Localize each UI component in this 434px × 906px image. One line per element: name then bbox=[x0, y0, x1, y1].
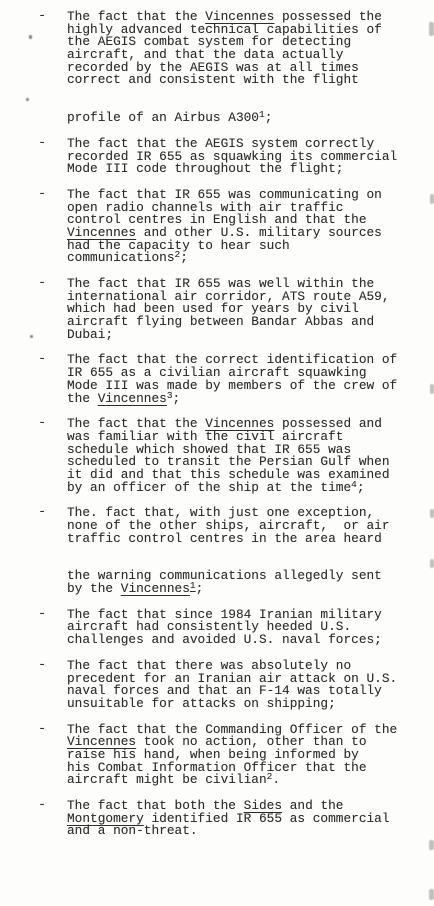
scan-artifact bbox=[430, 559, 434, 568]
scan-artifact bbox=[429, 840, 434, 850]
bullet-item: -The fact that the Vincennes possessed a… bbox=[38, 418, 434, 494]
text-line: Mode III code throughout the flight; bbox=[67, 163, 434, 176]
bullet-dash: - bbox=[38, 724, 67, 737]
bullet-item: -The fact that there was absolutely nopr… bbox=[38, 660, 434, 711]
bullet-dash: - bbox=[38, 507, 67, 520]
text-line: the Vincennes3; bbox=[67, 393, 434, 406]
bullet-text: The fact that there was absolutely nopre… bbox=[67, 660, 434, 711]
text-line: Dubai; bbox=[67, 329, 434, 342]
bullet-item: -The fact that the Vincennes possessed t… bbox=[38, 11, 434, 87]
scan-artifact bbox=[26, 98, 29, 101]
footnote-marker: 3 bbox=[167, 390, 173, 401]
bullet-text: The fact that the Vincennes possessed an… bbox=[67, 418, 434, 494]
document-body: -The fact that the Vincennes possessed t… bbox=[38, 11, 434, 838]
footnote-marker: 2 bbox=[267, 771, 273, 782]
bullet-dash: - bbox=[38, 354, 67, 367]
bullet-text: The fact that since 1984 Iranian militar… bbox=[67, 609, 434, 647]
bullet-item: -The fact that the correct identificatio… bbox=[38, 354, 434, 405]
bullet-text: profile of an Airbus A3001; bbox=[67, 112, 434, 125]
bullet-dash: - bbox=[38, 418, 67, 431]
scan-artifact bbox=[430, 509, 434, 518]
bullet-text: The fact that IR 655 was well within the… bbox=[67, 278, 434, 341]
bullet-dash: - bbox=[38, 800, 67, 813]
bullet-dash: - bbox=[38, 609, 67, 622]
bullet-item: -The fact that IR 655 was communicating … bbox=[38, 189, 434, 265]
bullet-dash: - bbox=[38, 278, 67, 291]
scan-artifact bbox=[30, 335, 33, 338]
scan-artifact bbox=[29, 35, 32, 39]
bullet-continuation: the warning communications allegedly sen… bbox=[38, 570, 434, 595]
bullet-item: -The fact that the Commanding Officer of… bbox=[38, 724, 434, 787]
scan-artifact bbox=[429, 889, 434, 900]
bullet-item: -The fact that the AEGIS system correctl… bbox=[38, 138, 434, 176]
bullet-text: The fact that IR 655 was communicating o… bbox=[67, 189, 434, 265]
bullet-item: -The fact that since 1984 Iranian milita… bbox=[38, 609, 434, 647]
scanned-document-page: -The fact that the Vincennes possessed t… bbox=[0, 0, 434, 906]
bullet-text: The fact that the AEGIS system correctly… bbox=[67, 138, 434, 176]
text-line: traffic control centres in the area hear… bbox=[67, 533, 434, 546]
footnote-marker: 1 bbox=[190, 580, 196, 591]
footnote-marker: 4 bbox=[351, 479, 357, 490]
text-line: aircraft flying between Bandar Abbas and bbox=[67, 316, 434, 329]
text-line: unsuitable for attacks on shipping; bbox=[67, 698, 434, 711]
bullet-item: -The. fact that, with just one exception… bbox=[38, 507, 434, 545]
bullet-continuation: profile of an Airbus A3001; bbox=[38, 112, 434, 125]
text-line: challenges and avoided U.S. naval forces… bbox=[67, 634, 434, 647]
text-line: by the Vincennes1; bbox=[67, 583, 434, 596]
bullet-text: The fact that both the Sides and theMont… bbox=[67, 800, 434, 838]
scan-artifact bbox=[430, 194, 434, 204]
scan-artifact bbox=[430, 384, 434, 394]
text-line: aircraft might be civilian2. bbox=[67, 774, 434, 787]
footnote-marker: 2 bbox=[175, 249, 181, 260]
text-line: by an officer of the ship at the time4; bbox=[67, 482, 434, 495]
bullet-dash: - bbox=[38, 660, 67, 673]
bullet-dash: - bbox=[38, 11, 67, 24]
text-line: and a non-threat. bbox=[67, 825, 434, 838]
text-line: communications2; bbox=[67, 252, 434, 265]
bullet-dash: - bbox=[38, 189, 67, 202]
bullet-text: The fact that the Commanding Officer of … bbox=[67, 724, 434, 787]
text-line: profile of an Airbus A3001; bbox=[67, 112, 434, 125]
text-line: correct and consistent with the flight bbox=[67, 74, 434, 87]
bullet-text: The fact that the correct identification… bbox=[67, 354, 434, 405]
bullet-item: -The fact that IR 655 was well within th… bbox=[38, 278, 434, 341]
scan-artifact bbox=[429, 22, 434, 36]
bullet-dash: - bbox=[38, 138, 67, 151]
bullet-item: -The fact that both the Sides and theMon… bbox=[38, 800, 434, 838]
bullet-text: The fact that the Vincennes possessed th… bbox=[67, 11, 434, 87]
footnote-marker: 1 bbox=[259, 109, 265, 120]
bullet-text: The. fact that, with just one exception,… bbox=[67, 507, 434, 545]
bullet-text: the warning communications allegedly sen… bbox=[67, 570, 434, 595]
